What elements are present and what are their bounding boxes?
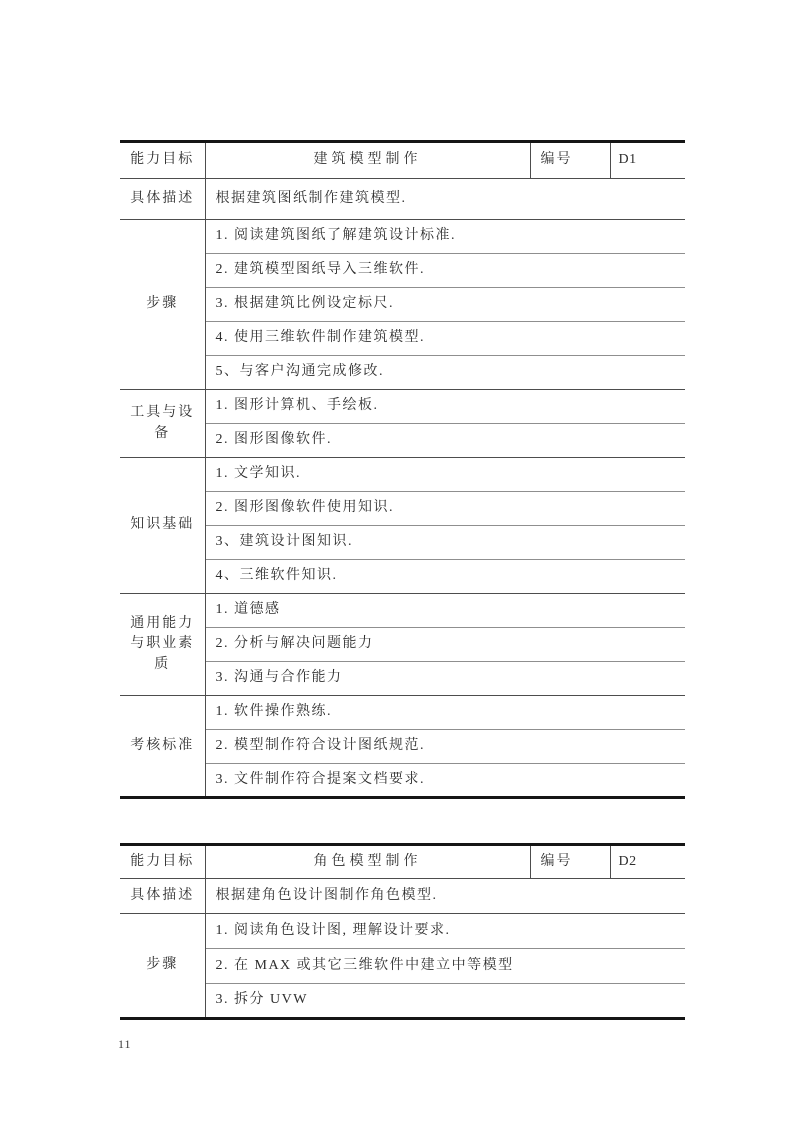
description-row: 具体描述 根据建筑图纸制作建筑模型.: [120, 179, 685, 220]
document-page: 能力目标 建筑模型制作 编号 D1 具体描述 根据建筑图纸制作建筑模型. 步骤 …: [0, 0, 800, 1131]
step-item: 4. 使用三维软件制作建筑模型.: [205, 322, 685, 356]
table-row: 3. 拆分 UVW: [120, 984, 685, 1019]
code-label: 编号: [530, 845, 610, 879]
knowledge-item: 2. 图形图像软件使用知识.: [205, 492, 685, 526]
steps-section: 步骤 1. 阅读角色设计图, 理解设计要求.: [120, 914, 685, 949]
table-header-row: 能力目标 角色模型制作 编号 D2: [120, 845, 685, 879]
table-row: 2. 图形图像软件使用知识.: [120, 492, 685, 526]
assessment-section: 考核标准 1. 软件操作熟练.: [120, 696, 685, 730]
table-row: 2. 在 MAX 或其它三维软件中建立中等模型: [120, 949, 685, 984]
table-row: 3. 文件制作符合提案文档要求.: [120, 764, 685, 798]
table-row: 2. 建筑模型图纸导入三维软件.: [120, 254, 685, 288]
table-row: 4. 使用三维软件制作建筑模型.: [120, 322, 685, 356]
section-label-assessment: 考核标准: [120, 696, 205, 798]
ability-goal-label: 能力目标: [120, 142, 205, 179]
competency-table-d1: 能力目标 建筑模型制作 编号 D1 具体描述 根据建筑图纸制作建筑模型. 步骤 …: [120, 140, 685, 799]
step-item: 1. 阅读角色设计图, 理解设计要求.: [205, 914, 685, 949]
section-label-steps: 步骤: [120, 220, 205, 390]
step-item: 2. 在 MAX 或其它三维软件中建立中等模型: [205, 949, 685, 984]
table-row: 5、与客户沟通完成修改.: [120, 356, 685, 390]
section-label-tools: 工具与设备: [120, 390, 205, 458]
assessment-item: 2. 模型制作符合设计图纸规范.: [205, 730, 685, 764]
table-row: 4、三维软件知识.: [120, 560, 685, 594]
knowledge-section: 知识基础 1. 文学知识.: [120, 458, 685, 492]
ability-goal-label: 能力目标: [120, 845, 205, 879]
knowledge-item: 3、建筑设计图知识.: [205, 526, 685, 560]
ability-title: 角色模型制作: [205, 845, 530, 879]
general-ability-section: 通用能力 与职业素质 1. 道德感: [120, 594, 685, 628]
ability-title: 建筑模型制作: [205, 142, 530, 179]
table-row: 2. 模型制作符合设计图纸规范.: [120, 730, 685, 764]
code-value: D2: [610, 845, 685, 879]
table-row: 3. 根据建筑比例设定标尺.: [120, 288, 685, 322]
step-item: 5、与客户沟通完成修改.: [205, 356, 685, 390]
competency-table-d2: 能力目标 角色模型制作 编号 D2 具体描述 根据建角色设计图制作角色模型. 步…: [120, 843, 685, 1020]
description-text: 根据建筑图纸制作建筑模型.: [205, 179, 685, 220]
description-label: 具体描述: [120, 879, 205, 914]
tools-section: 工具与设备 1. 图形计算机、手绘板.: [120, 390, 685, 424]
description-row: 具体描述 根据建角色设计图制作角色模型.: [120, 879, 685, 914]
step-item: 1. 阅读建筑图纸了解建筑设计标准.: [205, 220, 685, 254]
section-label-steps: 步骤: [120, 914, 205, 1019]
table-header-row: 能力目标 建筑模型制作 编号 D1: [120, 142, 685, 179]
table-row: 2. 图形图像软件.: [120, 424, 685, 458]
ability-item: 1. 道德感: [205, 594, 685, 628]
description-text: 根据建角色设计图制作角色模型.: [205, 879, 685, 914]
steps-section: 步骤 1. 阅读建筑图纸了解建筑设计标准.: [120, 220, 685, 254]
page-number: 11: [118, 1037, 132, 1052]
knowledge-item: 1. 文学知识.: [205, 458, 685, 492]
table-row: 3、建筑设计图知识.: [120, 526, 685, 560]
code-value: D1: [610, 142, 685, 179]
description-label: 具体描述: [120, 179, 205, 220]
table-row: 3. 沟通与合作能力: [120, 662, 685, 696]
code-label: 编号: [530, 142, 610, 179]
step-item: 2. 建筑模型图纸导入三维软件.: [205, 254, 685, 288]
tool-item: 1. 图形计算机、手绘板.: [205, 390, 685, 424]
step-item: 3. 根据建筑比例设定标尺.: [205, 288, 685, 322]
ability-item: 3. 沟通与合作能力: [205, 662, 685, 696]
table-row: 2. 分析与解决问题能力: [120, 628, 685, 662]
assessment-item: 1. 软件操作熟练.: [205, 696, 685, 730]
section-label-knowledge: 知识基础: [120, 458, 205, 594]
tool-item: 2. 图形图像软件.: [205, 424, 685, 458]
assessment-item: 3. 文件制作符合提案文档要求.: [205, 764, 685, 798]
section-label-general-ability: 通用能力 与职业素质: [120, 594, 205, 696]
ability-item: 2. 分析与解决问题能力: [205, 628, 685, 662]
step-item: 3. 拆分 UVW: [205, 984, 685, 1019]
knowledge-item: 4、三维软件知识.: [205, 560, 685, 594]
